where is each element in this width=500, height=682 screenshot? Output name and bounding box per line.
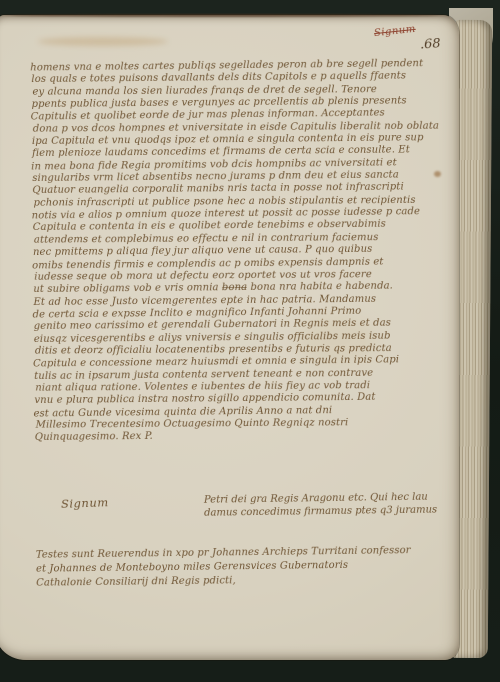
page-top-shadow bbox=[0, 14, 449, 17]
signum-label: Signum bbox=[61, 495, 109, 511]
royal-subscription: Petri dei gra Regis Aragonu etc. Qui hec… bbox=[204, 490, 454, 519]
photographed-book-scene: Signum .68 homens vna e moltes cartes pu… bbox=[0, 0, 500, 682]
paper-stain bbox=[38, 37, 168, 46]
witness-paragraph: Testes sunt Reuerendus in xpo pr Johanne… bbox=[36, 543, 476, 590]
folio-number: .68 bbox=[420, 36, 442, 52]
main-text-block: homens vna e moltes cartes publiqs segel… bbox=[31, 58, 457, 445]
